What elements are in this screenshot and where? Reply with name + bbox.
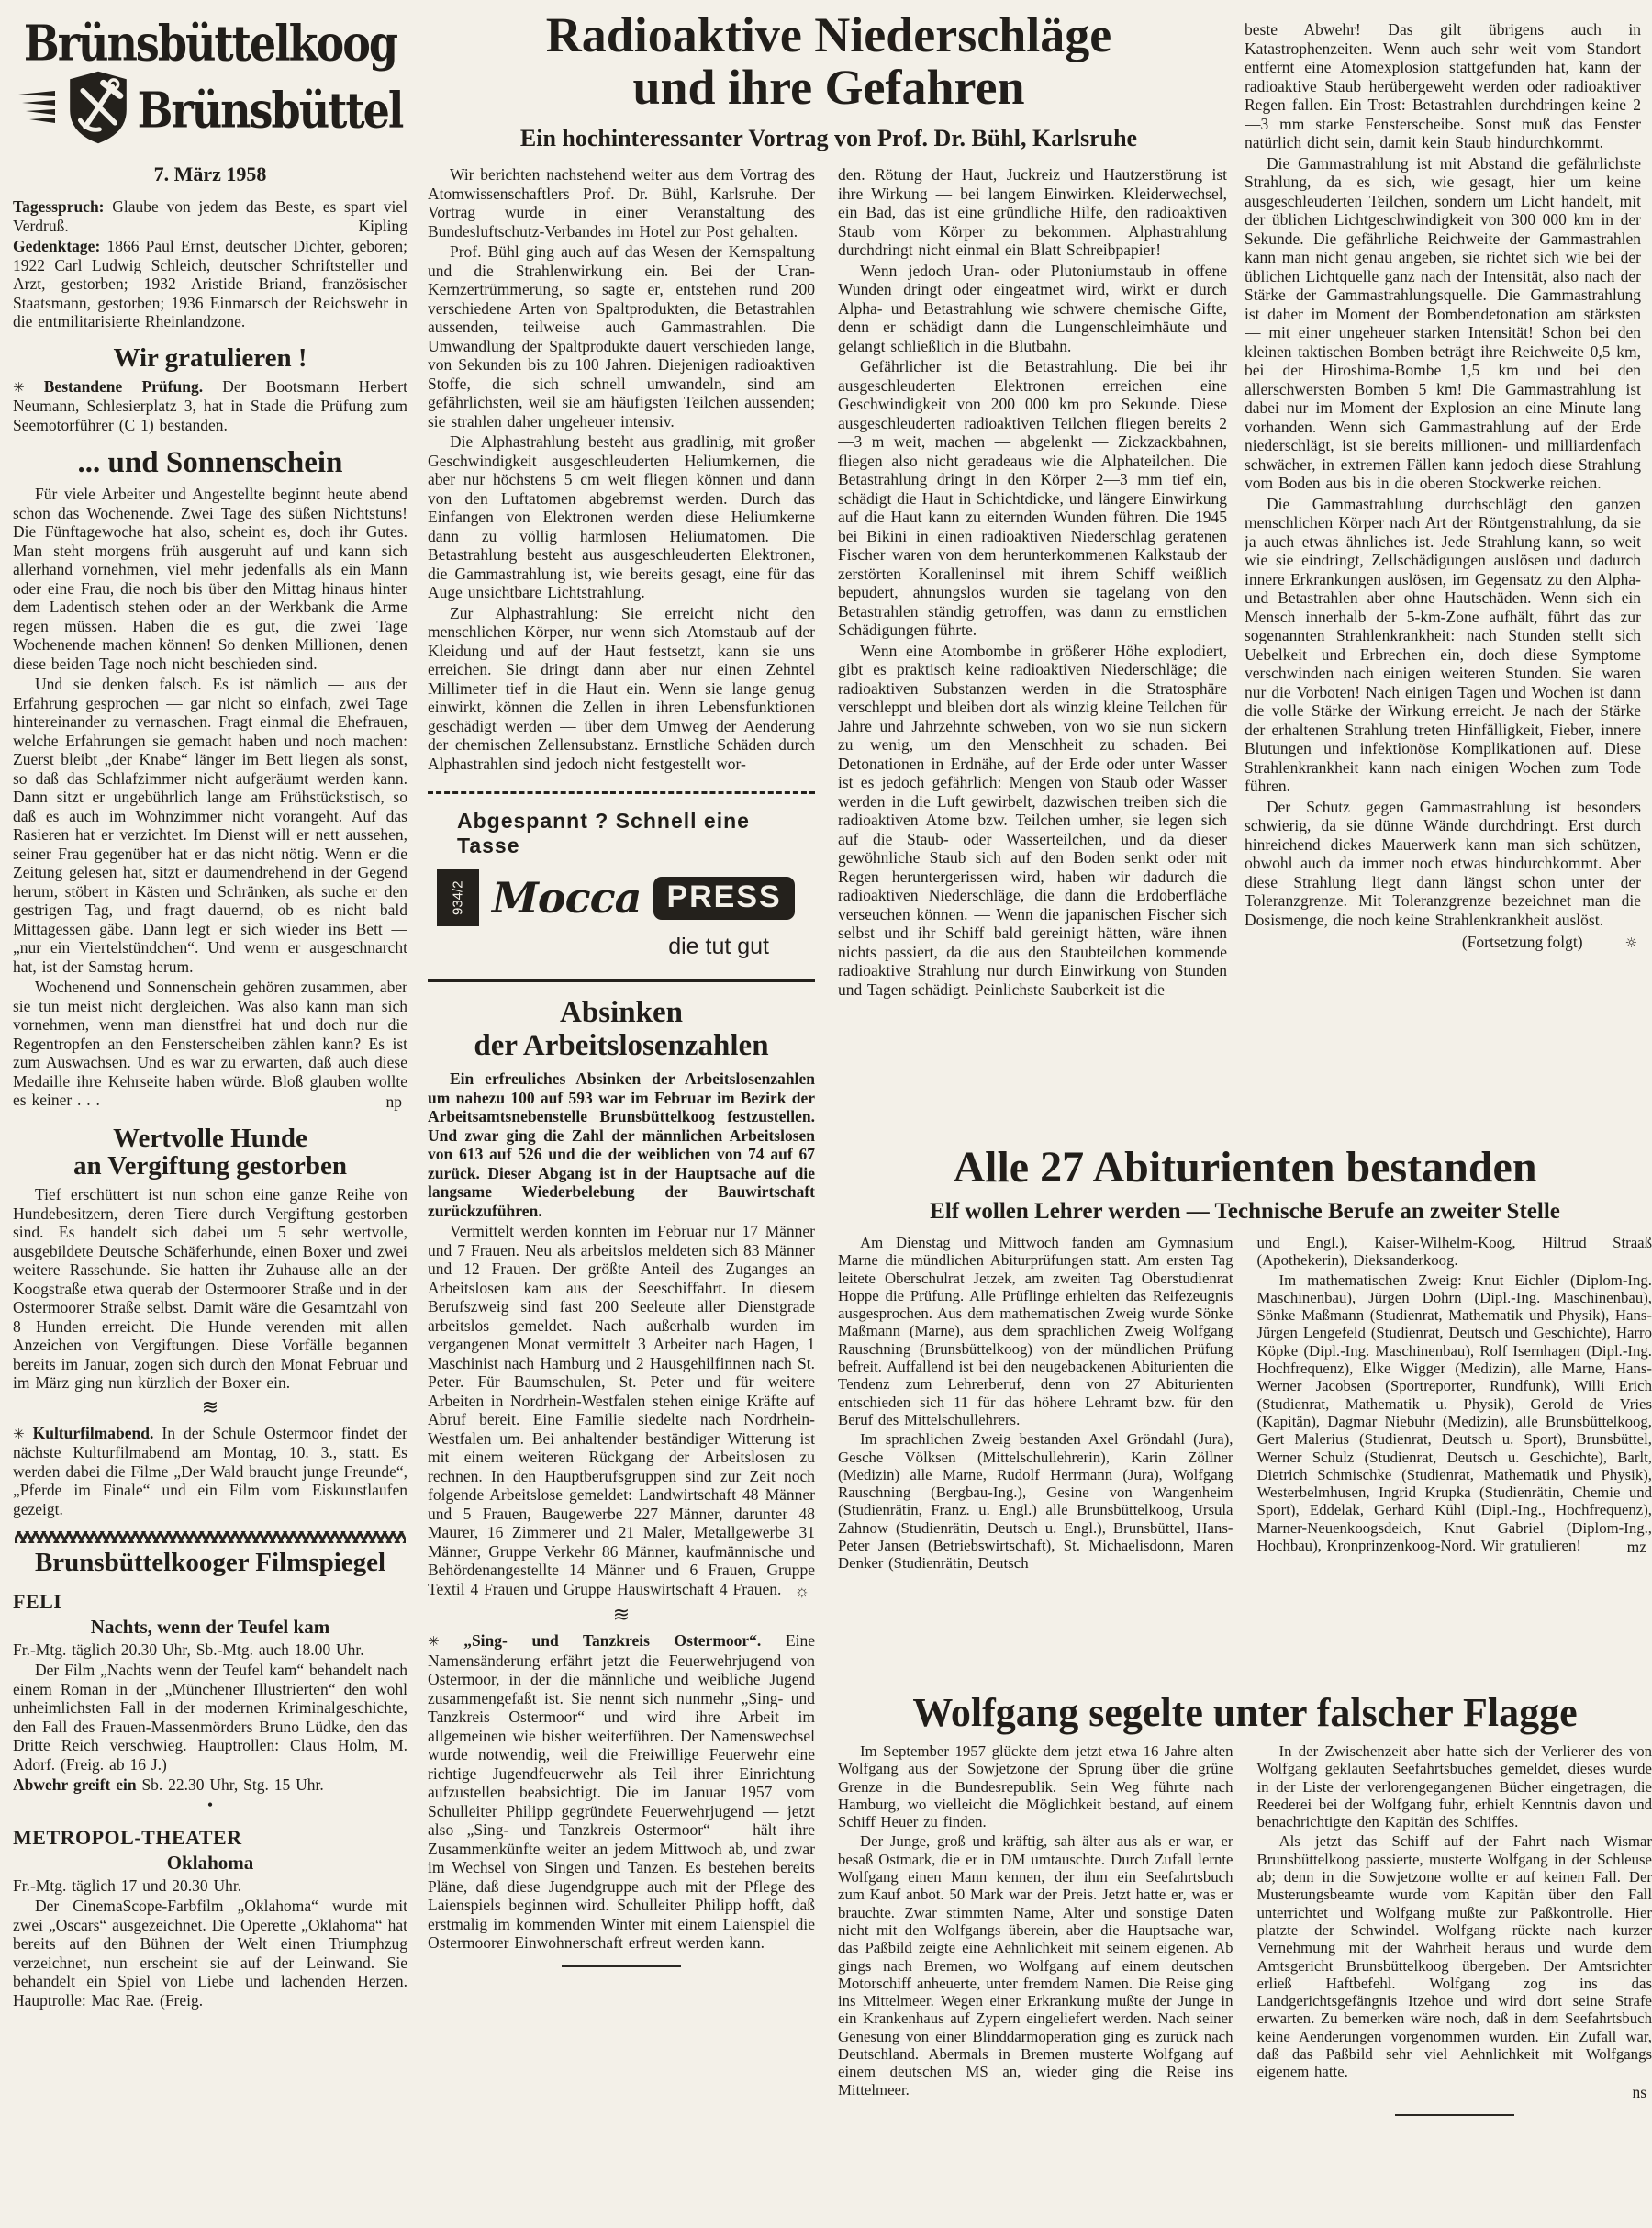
dot-divider-icon: •	[13, 1797, 407, 1813]
pruefung-lead: Bestandene Prüfung.	[44, 377, 203, 396]
cinema-metropol: METROPOL-THEATER	[13, 1826, 407, 1850]
wolfgang-columns: Im September 1957 glückte dem jetzt etwa…	[838, 1742, 1652, 2116]
braided-divider	[15, 1531, 406, 1543]
sonnenschein-body: Für viele Arbeiter und Angestellte begin…	[13, 485, 407, 1110]
paragraph: Im sprachlichen Zweig bestanden Axel Grö…	[838, 1430, 1233, 1572]
main-article-part3: beste Abwehr! Das gilt übrigens auch in …	[1245, 20, 1641, 929]
paragraph: Wenn eine Atombombe in größerer Höhe exp…	[838, 642, 1227, 1000]
paragraph: Für viele Arbeiter und Angestellte begin…	[13, 485, 407, 673]
paragraph: Wochenend und Sonnenschein gehören zusam…	[13, 978, 407, 1110]
tanzkreis-text: Eine Namensänderung erfährt jetzt die Fe…	[428, 1631, 815, 1952]
wolfgang-headline: Wolfgang segelte unter falscher Flagge	[838, 1693, 1652, 1733]
end-rule	[562, 1965, 681, 1967]
masthead: Brünsbüttelkoog	[13, 15, 407, 186]
masthead-title-line2: Brünsbüttel	[138, 81, 403, 138]
absinken-body: Vermittelt werden konnten im Februar nur…	[428, 1222, 815, 1598]
ad-headline: Abgespannt ? Schnell eine Tasse	[431, 809, 811, 858]
ad-brand-row: 934/2 Mocca PRESS	[431, 869, 811, 926]
film-extra-times: Sb. 22.30 Uhr, Stg. 15 Uhr.	[141, 1775, 323, 1794]
issue-date: 7. März 1958	[13, 162, 407, 186]
abitur-column-right-text: und Engl.), Kaiser-Wilhelm-Koog, Hiltrud…	[1257, 1234, 1652, 1554]
paragraph: Der Junge, groß und kräftig, sah älter a…	[838, 1832, 1233, 2098]
main-headline-block: Radioaktive Niederschlägeund ihre Gefahr…	[424, 9, 1233, 152]
paragraph: Und sie denken falsch. Es ist nämlich — …	[13, 675, 407, 976]
gratulieren-heading: Wir gratulieren !	[13, 344, 407, 372]
tanzkreis-lead: „Sing- und Tanzkreis Ostermoor“.	[463, 1631, 761, 1650]
pruefung-item: ✳ Bestandene Prüfung. Der Bootsmann Herb…	[13, 377, 407, 435]
masthead-title-line1: Brünsbüttelkoog	[13, 15, 407, 72]
tagesspruch-author: Kipling	[359, 217, 407, 236]
main-subtitle: Ein hochinteressanter Vortrag von Prof. …	[424, 125, 1233, 152]
wave-divider-icon: ≋	[13, 1396, 407, 1420]
paragraph: beste Abwehr! Das gilt übrigens auch in …	[1245, 20, 1641, 152]
continuation-note: (Fortsetzung folgt)☼	[1245, 933, 1641, 952]
gedenktage: Gedenktage: 1866 Paul Ernst, deutscher D…	[13, 237, 407, 331]
paragraph: Der Schutz gegen Gammastrahlung ist beso…	[1245, 798, 1641, 930]
article-column-b: den. Rötung der Haut, Juckreiz und Hautz…	[838, 165, 1227, 1140]
tagesspruch: Tagesspruch: Glaube von jedem das Beste,…	[13, 197, 407, 235]
kultur-lead: Kulturfilmabend.	[33, 1424, 154, 1442]
speedlines-icon	[18, 89, 59, 130]
abitur-column-right: und Engl.), Kaiser-Wilhelm-Koog, Hiltrud…	[1257, 1234, 1652, 1574]
absinken-heading: Absinkender Arbeitslosenzahlen	[428, 997, 815, 1062]
absinken-intro: Ein erfreuliches Absinken der Arbeitslos…	[428, 1069, 815, 1220]
ad-brand-script: Mocca	[492, 873, 641, 923]
abitur-column-left: Am Dienstag und Mittwoch fanden am Gymna…	[838, 1234, 1233, 1574]
cinema-feli: FELI	[13, 1590, 407, 1614]
hunde-heading: Wertvolle Hundean Vergiftung gestorben	[13, 1125, 407, 1181]
paragraph: Im September 1957 glückte dem jetzt etwa…	[838, 1742, 1233, 1831]
abitur-headline: Alle 27 Abiturienten bestanden	[838, 1146, 1652, 1190]
hunde-heading-line1: Wertvolle Hunde	[113, 1124, 307, 1153]
wave-divider-icon: ≋	[428, 1604, 815, 1628]
wolfgang-column-right-text: In der Zwischenzeit aber hatte sich der …	[1257, 1742, 1652, 2081]
gedenktage-label: Gedenktage:	[13, 237, 100, 255]
wolfgang-sign: ns	[1257, 2083, 1652, 2102]
tanzkreis-item: ✳ „Sing- und Tanzkreis Ostermoor“. Eine …	[428, 1631, 815, 1953]
wolfgang-column-left: Im September 1957 glückte dem jetzt etwa…	[838, 1742, 1233, 2116]
abitur-subtitle: Elf wollen Lehrer werden — Technische Be…	[838, 1199, 1652, 1225]
filmspiegel-heading: Brunsbüttelkooger Filmspiegel	[13, 1549, 407, 1576]
main-headline-line2: und ihre Gefahren	[632, 60, 1024, 115]
abitur-article: Alle 27 Abiturienten bestanden Elf wolle…	[838, 1146, 1652, 1689]
article-column-c: beste Abwehr! Das gilt übrigens auch in …	[1245, 20, 1641, 1155]
left-column: Brünsbüttelkoog	[13, 15, 407, 2222]
wolfgang-column-right: In der Zwischenzeit aber hatte sich der …	[1257, 1742, 1652, 2116]
mocca-press-ad: Abgespannt ? Schnell eine Tasse 934/2 Mo…	[428, 791, 815, 982]
item-star-icon: ✳	[13, 379, 25, 396]
main-headline: Radioaktive Niederschlägeund ihre Gefahr…	[424, 9, 1233, 114]
film-title: Oklahoma	[13, 1852, 407, 1875]
ad-code-badge: 934/2	[437, 869, 479, 926]
sonnenschein-heading: ... und Sonnenschein	[13, 447, 407, 479]
abitur-columns: Am Dienstag und Mittwoch fanden am Gymna…	[838, 1234, 1652, 1574]
paragraph: Im mathematischen Zweig: Knut Eichler (D…	[1257, 1271, 1652, 1555]
paragraph: Zur Alphastrahlung: Sie erreicht nicht d…	[428, 604, 815, 774]
film-review: Der CinemaScope-Farbfilm „Oklahoma“ wurd…	[13, 1897, 407, 2010]
kultur-item: ✳ Kulturfilmabend. In der Schule Ostermo…	[13, 1424, 407, 1519]
continuation-text: (Fortsetzung folgt)	[1462, 933, 1583, 951]
anchor-crest-icon	[66, 70, 130, 150]
paragraph: Wenn jedoch Uran- oder Plutoniumstaub in…	[838, 262, 1227, 356]
item-star-icon: ✳	[428, 1633, 440, 1650]
masthead-title-row2: Brünsbüttel	[13, 70, 407, 150]
main-article-part2: den. Rötung der Haut, Juckreiz und Hautz…	[838, 165, 1227, 999]
paragraph: Die Gammastrahlung ist mit Abstand die g…	[1245, 154, 1641, 493]
paragraph: Die Alphastrahlung besteht aus gradlinig…	[428, 432, 815, 602]
tagesspruch-label: Tagesspruch:	[13, 197, 105, 216]
paragraph: Am Dienstag und Mittwoch fanden am Gymna…	[838, 1234, 1233, 1428]
paragraph: Die Gammastrahlung durchschlägt den ganz…	[1245, 495, 1641, 796]
film-extra: Abwehr greift ein Sb. 22.30 Uhr, Stg. 15…	[13, 1775, 407, 1795]
paragraph: und Engl.), Kaiser-Wilhelm-Koog, Hiltrud…	[1257, 1234, 1652, 1270]
absinken-heading-line1: Absinken	[560, 996, 683, 1029]
ad-brand-block: PRESS	[653, 877, 794, 920]
wolfgang-article: Wolfgang segelte unter falscher Flagge I…	[838, 1693, 1652, 2228]
film-title: Nachts, wenn der Teufel kam	[13, 1616, 407, 1639]
paragraph: Prof. Bühl ging auch auf das Wesen der K…	[428, 242, 815, 431]
film-review: Der Film „Nachts wenn der Teufel kam“ be…	[13, 1661, 407, 1774]
paragraph: den. Rötung der Haut, Juckreiz und Hautz…	[838, 165, 1227, 260]
end-rule	[1395, 2114, 1514, 2116]
main-headline-line1: Radioaktive Niederschläge	[546, 7, 1111, 62]
hunde-text: Tief erschüttert ist nun schon eine ganz…	[13, 1185, 407, 1393]
item-star-icon: ✳	[13, 1426, 25, 1442]
paragraph: In der Zwischenzeit aber hatte sich der …	[1257, 1742, 1652, 1831]
absinken-heading-line2: der Arbeitslosenzahlen	[474, 1029, 768, 1062]
sun-mark-icon: ☼	[1625, 935, 1637, 951]
article-column-a: Wir berichten nachstehend weiter aus dem…	[428, 165, 815, 2227]
newspaper-page: Brünsbüttelkoog	[0, 0, 1652, 2228]
film-times: Fr.-Mtg. täglich 20.30 Uhr, Sb.-Mtg. auc…	[13, 1640, 407, 1660]
paragraph: Wir berichten nachstehend weiter aus dem…	[428, 165, 815, 241]
film-extra-lead: Abwehr greift ein	[13, 1775, 137, 1794]
ad-tagline: die tut gut	[431, 934, 811, 960]
paragraph: Gefährlicher ist die Betastrahlung. Die …	[838, 357, 1227, 640]
main-article-part1: Wir berichten nachstehend weiter aus dem…	[428, 165, 815, 773]
hunde-heading-line2: an Vergiftung gestorben	[73, 1151, 347, 1181]
paragraph: Vermittelt werden konnten im Februar nur…	[428, 1222, 815, 1598]
film-times: Fr.-Mtg. täglich 17 und 20.30 Uhr.	[13, 1876, 407, 1896]
paragraph: Als jetzt das Schiff auf der Fahrt nach …	[1257, 1832, 1652, 2080]
